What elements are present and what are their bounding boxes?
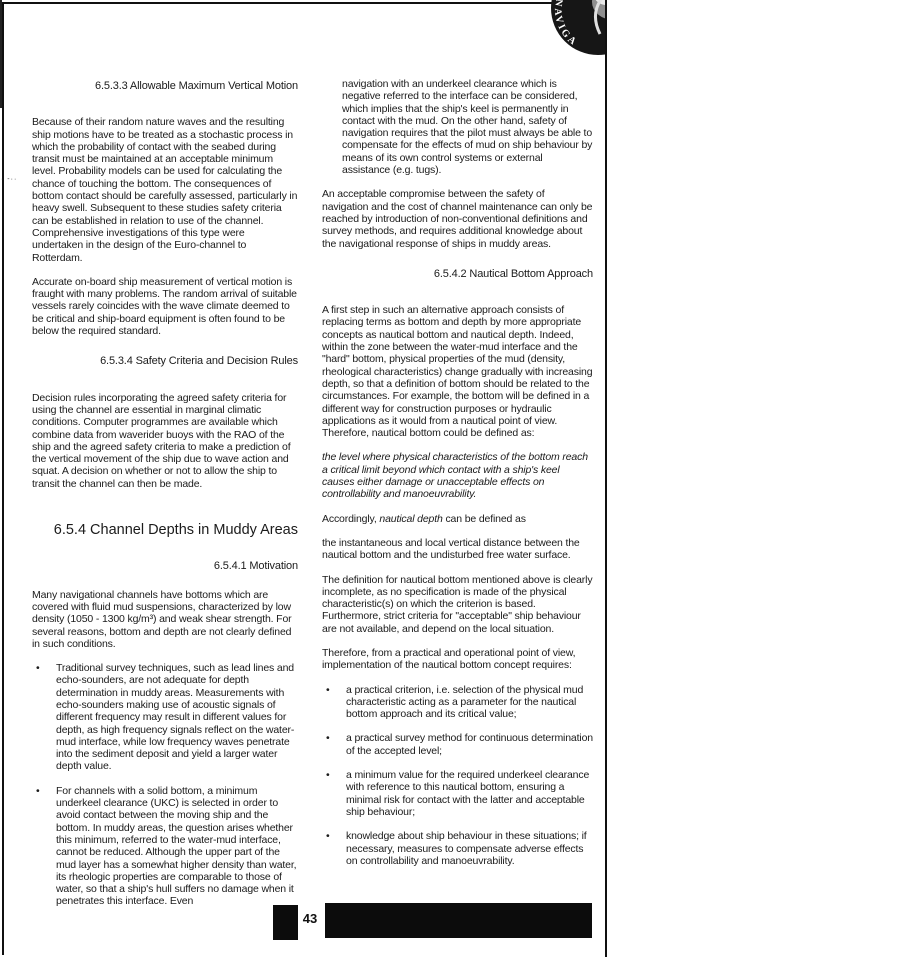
paragraph: Because of their random nature waves and… (32, 116, 298, 264)
scanned-document-page: NAVIGA · -·· 6.5.3.3 Allowable Maximum V… (0, 0, 901, 957)
paragraph: Accurate on-board ship measurement of ve… (32, 276, 298, 337)
paragraph: Therefore, from a practical and operatio… (322, 647, 593, 672)
paragraph: the instantaneous and local vertical dis… (322, 537, 593, 562)
bullet-list: • a practical criterion, i.e. selection … (322, 684, 593, 868)
page-border-left (2, 2, 4, 955)
list-item-text: For channels with a solid bottom, a mini… (56, 785, 298, 908)
left-column: 6.5.3.3 Allowable Maximum Vertical Motio… (32, 80, 298, 920)
bullet-icon: • (36, 785, 56, 908)
page-border-right (605, 0, 607, 957)
list-item: • Traditional survey techniques, such as… (36, 662, 298, 773)
text-run-italic: nautical depth (379, 513, 442, 525)
list-item-text: a practical survey method for continuous… (346, 732, 593, 757)
heading-6-5-3-4: 6.5.3.4 Safety Criteria and Decision Rul… (32, 355, 298, 367)
bullet-icon: • (326, 684, 346, 721)
text-run: Accordingly, (322, 513, 379, 525)
list-item-text: knowledge about ship behaviour in these … (346, 830, 593, 867)
definition-quote: the level where physical characteristics… (322, 451, 593, 500)
list-item: • a minimum value for the required under… (326, 769, 593, 818)
text-run: can be defined as (443, 513, 526, 525)
paragraph: The definition for nautical bottom menti… (322, 574, 593, 635)
heading-6-5-4: 6.5.4 Channel Depths in Muddy Areas (32, 524, 298, 536)
list-item-text: a minimum value for the required underke… (346, 769, 593, 818)
footer-block (273, 905, 298, 940)
bullet-list: • Traditional survey techniques, such as… (32, 662, 298, 908)
list-item: • knowledge about ship behaviour in thes… (326, 830, 593, 867)
heading-6-5-4-2: 6.5.4.2 Nautical Bottom Approach (322, 268, 593, 280)
paragraph: Decision rules incorporating the agreed … (32, 392, 298, 490)
page-number: 43 (299, 911, 321, 926)
footer-bar (325, 903, 592, 938)
navigation-seal-icon: NAVIGA (540, 0, 605, 68)
heading-6-5-3-3: 6.5.3.3 Allowable Maximum Vertical Motio… (32, 80, 298, 92)
list-item-text: Traditional survey techniques, such as l… (56, 662, 298, 773)
list-item: • a practical survey method for continuo… (326, 732, 593, 757)
page-border-top (2, 2, 606, 4)
paragraph: Accordingly, nautical depth can be defin… (322, 513, 593, 525)
bullet-icon: • (326, 769, 346, 818)
list-item: • For channels with a solid bottom, a mi… (36, 785, 298, 908)
bullet-icon: • (326, 732, 346, 757)
bullet-icon: • (326, 830, 346, 867)
right-column: navigation with an underkeel clearance w… (322, 78, 593, 879)
list-item-text: a practical criterion, i.e. selection of… (346, 684, 593, 721)
paragraph: Many navigational channels have bottoms … (32, 589, 298, 650)
list-item: • a practical criterion, i.e. selection … (326, 684, 593, 721)
heading-6-5-4-1: 6.5.4.1 Motivation (32, 560, 298, 572)
paragraph: A first step in such an alternative appr… (322, 304, 593, 439)
bullet-icon: • (36, 662, 56, 773)
paragraph: An acceptable compromise between the saf… (322, 188, 593, 249)
paragraph: navigation with an underkeel clearance w… (322, 78, 593, 176)
scan-artifact: · -·· (1, 176, 17, 183)
